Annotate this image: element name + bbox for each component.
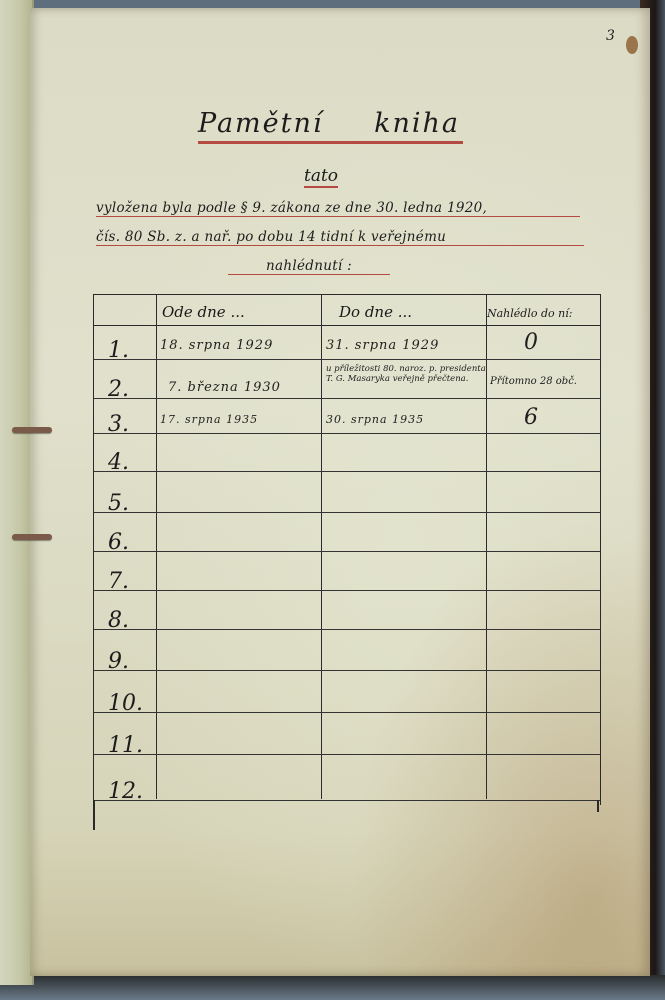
page-subtitle: tato bbox=[304, 166, 338, 188]
table-row: 3. 17. srpna 1935 30. srpna 1935 6 bbox=[94, 399, 600, 434]
cell-from: 7. března 1930 bbox=[168, 380, 281, 395]
page-number: 3 bbox=[606, 28, 615, 44]
header-from: Ode dne ... bbox=[162, 303, 245, 321]
intro-line-2: čís. 80 Sb. z. a nař. po dobu 14 tidní k… bbox=[96, 229, 584, 246]
cell-to: 31. srpna 1929 bbox=[326, 338, 439, 353]
cell-from: 18. srpna 1929 bbox=[160, 338, 273, 353]
cell-notes: 0 bbox=[524, 330, 538, 355]
page-title: Pamětní kniha bbox=[198, 108, 463, 144]
intro-line-3: nahlédnutí : bbox=[228, 258, 390, 275]
table-row: 6. bbox=[94, 513, 600, 552]
intro-line-1: vyložena byla podle § 9. zákona ze dne 3… bbox=[96, 200, 580, 217]
table-row: 8. bbox=[94, 591, 600, 630]
table-row: 4. bbox=[94, 434, 600, 472]
cell-notes: Přítomno 28 obč. bbox=[490, 376, 577, 387]
table-row: 1. 18. srpna 1929 31. srpna 1929 0 bbox=[94, 326, 600, 360]
row-number: 12. bbox=[108, 779, 154, 804]
table-row: 5. bbox=[94, 472, 600, 513]
cell-from: 17. srpna 1935 bbox=[160, 413, 258, 426]
header-to: Do dne ... bbox=[339, 303, 412, 321]
cell-to: 30. srpna 1935 bbox=[326, 413, 424, 426]
binding-edge bbox=[0, 0, 34, 985]
binding-stitch bbox=[12, 427, 52, 433]
table-row: 11. bbox=[94, 713, 600, 755]
table-row: 12. bbox=[94, 755, 600, 801]
ledger-table: Ode dne ... Do dne ... Nahlédlo do ní: 1… bbox=[93, 294, 601, 805]
cell-to: u příležitosti 80. naroz. p. presidenta … bbox=[326, 364, 486, 384]
header-viewed: Nahlédlo do ní: bbox=[487, 307, 572, 320]
table-row: 7. bbox=[94, 552, 600, 591]
table-header: Ode dne ... Do dne ... Nahlédlo do ní: bbox=[94, 295, 600, 326]
book-cover-bottom bbox=[0, 975, 665, 1000]
binding-stitch bbox=[12, 534, 52, 540]
table-border-extension bbox=[93, 800, 95, 830]
table-row: 10. bbox=[94, 671, 600, 713]
table-row: 9. bbox=[94, 630, 600, 671]
stain-mark bbox=[626, 36, 638, 54]
cell-notes: 6 bbox=[524, 405, 538, 430]
table-border-extension bbox=[597, 800, 599, 812]
table-row: 2. 7. března 1930 u příležitosti 80. nar… bbox=[94, 360, 600, 399]
